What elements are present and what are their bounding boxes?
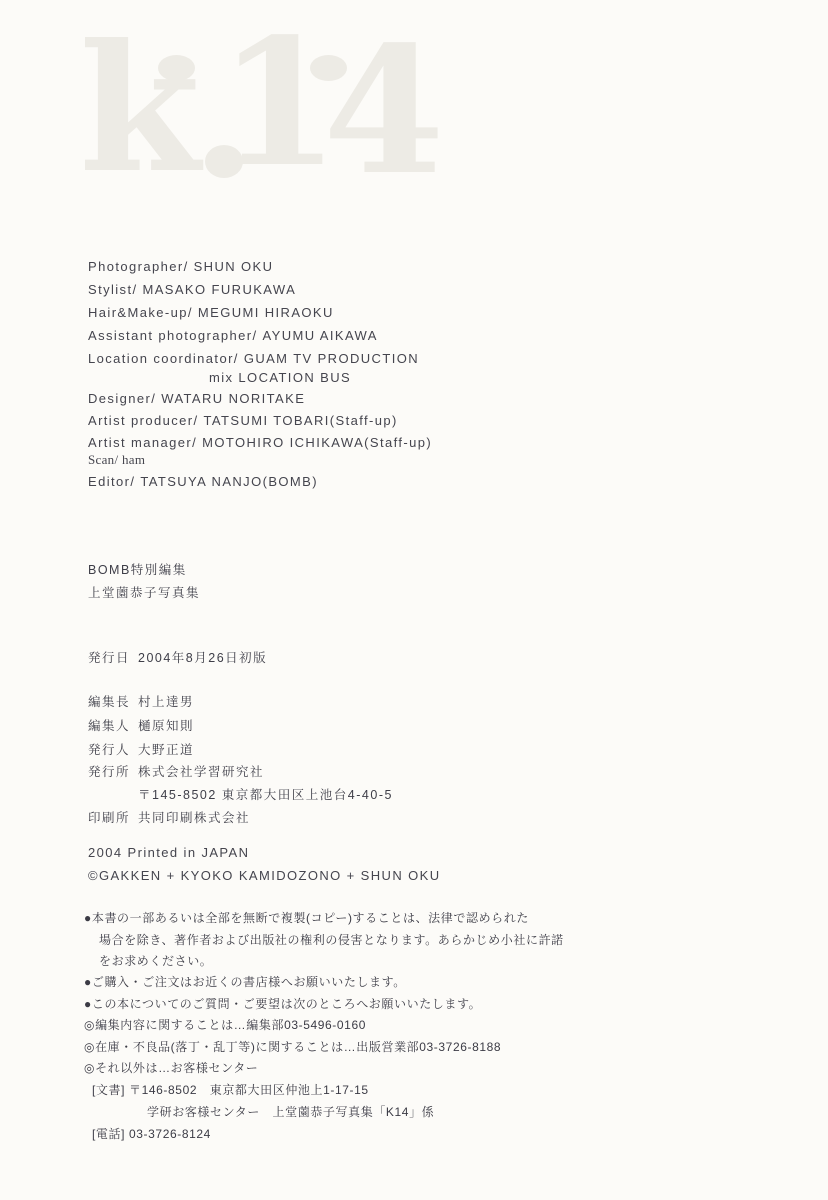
credit-role: Artist producer/ bbox=[88, 413, 199, 428]
credit-name: WATARU NORITAKE bbox=[161, 391, 305, 406]
credit-role: Location coordinator/ bbox=[88, 351, 239, 366]
notice-inquiries: ●この本についてのご質問・ご要望は次のところへお願いいたします。 bbox=[84, 995, 481, 1012]
copyright-line: ©GAKKEN + KYOKO KAMIDOZONO + SHUN OKU bbox=[88, 868, 441, 883]
credit-role: Editor/ bbox=[88, 474, 135, 489]
staff-role: 発行所 bbox=[88, 762, 138, 780]
notice-phone: [電話] 03-3726-8124 bbox=[92, 1125, 211, 1142]
logo-dot-icon bbox=[310, 55, 347, 81]
credit-role: Assistant photographer/ bbox=[88, 328, 258, 343]
staff-name: 樋原知則 bbox=[138, 719, 194, 733]
notice-customer-center: 学研お客様センター 上堂薗恭子写真集「K14」係 bbox=[147, 1103, 434, 1120]
credit-name: ham bbox=[122, 452, 145, 467]
staff-role: 編集長 bbox=[88, 692, 138, 710]
credit-line-scan: Scan/ ham bbox=[88, 452, 145, 468]
staff-line-publisher-address: 〒145-8502 東京都大田区上池台4-40-5 bbox=[88, 785, 393, 803]
publication-date-value: 2004年8月26日初版 bbox=[138, 651, 267, 665]
notice-copy-warning-1: ●本書の一部あるいは全部を無断で複製(コピー)することは、法律で認められた bbox=[84, 909, 529, 926]
credit-name: MEGUMI HIRAOKU bbox=[198, 305, 334, 320]
notice-copy-warning-3: をお求めください。 bbox=[99, 952, 212, 969]
staff-line-chief-editor: 編集長村上達男 bbox=[88, 692, 194, 710]
logo-period-icon bbox=[205, 145, 243, 178]
publication-date-line: 発行日2004年8月26日初版 bbox=[88, 648, 267, 666]
printed-note: 2004 Printed in JAPAN bbox=[88, 845, 249, 860]
series-note: BOMB特別編集 bbox=[88, 560, 187, 578]
logo-numeral-4: 4 bbox=[323, 32, 445, 192]
publisher-address: 〒145-8502 東京都大田区上池台4-40-5 bbox=[138, 788, 393, 802]
credit-role: Artist manager/ bbox=[88, 435, 197, 450]
staff-name: 大野正道 bbox=[138, 743, 194, 757]
credit-line-stylist: Stylist/MASAKO FURUKAWA bbox=[88, 282, 296, 297]
credit-name: TATSUYA NANJO(BOMB) bbox=[140, 474, 318, 489]
credit-name: MOTOHIRO ICHIKAWA(Staff-up) bbox=[202, 435, 432, 450]
credit-line-photographer: Photographer/SHUN OKU bbox=[88, 259, 273, 274]
credit-role: Photographer/ bbox=[88, 259, 189, 274]
credit-line-location-2: mix LOCATION BUS bbox=[209, 370, 351, 385]
logo-dot-icon bbox=[158, 55, 195, 81]
staff-role: 編集人 bbox=[88, 716, 138, 734]
notice-copy-warning-2: 場合を除き、著作者および出版社の権利の侵害となります。あらかじめ小社に許諾 bbox=[99, 931, 564, 948]
notice-other-contact: ◎それ以外は…お客様センター bbox=[84, 1059, 258, 1076]
staff-line-publisher-person: 発行人大野正道 bbox=[88, 740, 194, 758]
credit-role: Stylist/ bbox=[88, 282, 137, 297]
book-logo: k 1 4 bbox=[85, 30, 505, 230]
publication-date-label: 発行日 bbox=[88, 648, 138, 666]
staff-name: 共同印刷株式会社 bbox=[138, 811, 250, 825]
notice-purchase: ●ご購入・ご注文はお近くの書店様へお願いいたします。 bbox=[84, 973, 406, 990]
credit-role: Designer/ bbox=[88, 391, 156, 406]
credit-name: AYUMU AIKAWA bbox=[263, 328, 378, 343]
notice-mail-address: [文書] 〒146-8502 東京都大田区仲池上1-17-15 bbox=[92, 1081, 369, 1098]
colophon-page: { "logo": { "full": "k.14", "k": "k", "o… bbox=[0, 0, 828, 1200]
book-title: 上堂薗恭子写真集 bbox=[88, 583, 200, 601]
credit-line-artist-manager: Artist manager/MOTOHIRO ICHIKAWA(Staff-u… bbox=[88, 435, 432, 450]
staff-role: 印刷所 bbox=[88, 808, 138, 826]
credit-name: MASAKO FURUKAWA bbox=[142, 282, 296, 297]
staff-line-publisher: 発行所株式会社学習研究社 bbox=[88, 762, 264, 780]
credit-line-designer: Designer/WATARU NORITAKE bbox=[88, 391, 305, 406]
staff-name: 村上達男 bbox=[138, 695, 194, 709]
credit-line-assistant: Assistant photographer/AYUMU AIKAWA bbox=[88, 328, 378, 343]
credit-line-artist-producer: Artist producer/TATSUMI TOBARI(Staff-up) bbox=[88, 413, 398, 428]
staff-line-editor: 編集人樋原知則 bbox=[88, 716, 194, 734]
credit-name: SHUN OKU bbox=[194, 259, 274, 274]
credit-role: Hair&Make-up/ bbox=[88, 305, 193, 320]
credit-line-editor: Editor/TATSUYA NANJO(BOMB) bbox=[88, 474, 318, 489]
credit-name: TATSUMI TOBARI(Staff-up) bbox=[204, 413, 398, 428]
credit-role: Scan/ bbox=[88, 452, 118, 467]
credit-name: mix LOCATION BUS bbox=[209, 370, 351, 385]
notice-stock-contact: ◎在庫・不良品(落丁・乱丁等)に関することは…出版営業部03-3726-8188 bbox=[84, 1038, 501, 1055]
credit-line-location: Location coordinator/GUAM TV PRODUCTION bbox=[88, 351, 419, 366]
staff-role: 発行人 bbox=[88, 740, 138, 758]
notice-editorial-contact: ◎編集内容に関することは…編集部03-5496-0160 bbox=[84, 1016, 366, 1033]
credit-name: GUAM TV PRODUCTION bbox=[244, 351, 419, 366]
logo-letter-k: k bbox=[79, 30, 200, 190]
staff-line-printer: 印刷所共同印刷株式会社 bbox=[88, 808, 250, 826]
credit-line-hair-makeup: Hair&Make-up/MEGUMI HIRAOKU bbox=[88, 305, 334, 320]
staff-name: 株式会社学習研究社 bbox=[138, 765, 264, 779]
